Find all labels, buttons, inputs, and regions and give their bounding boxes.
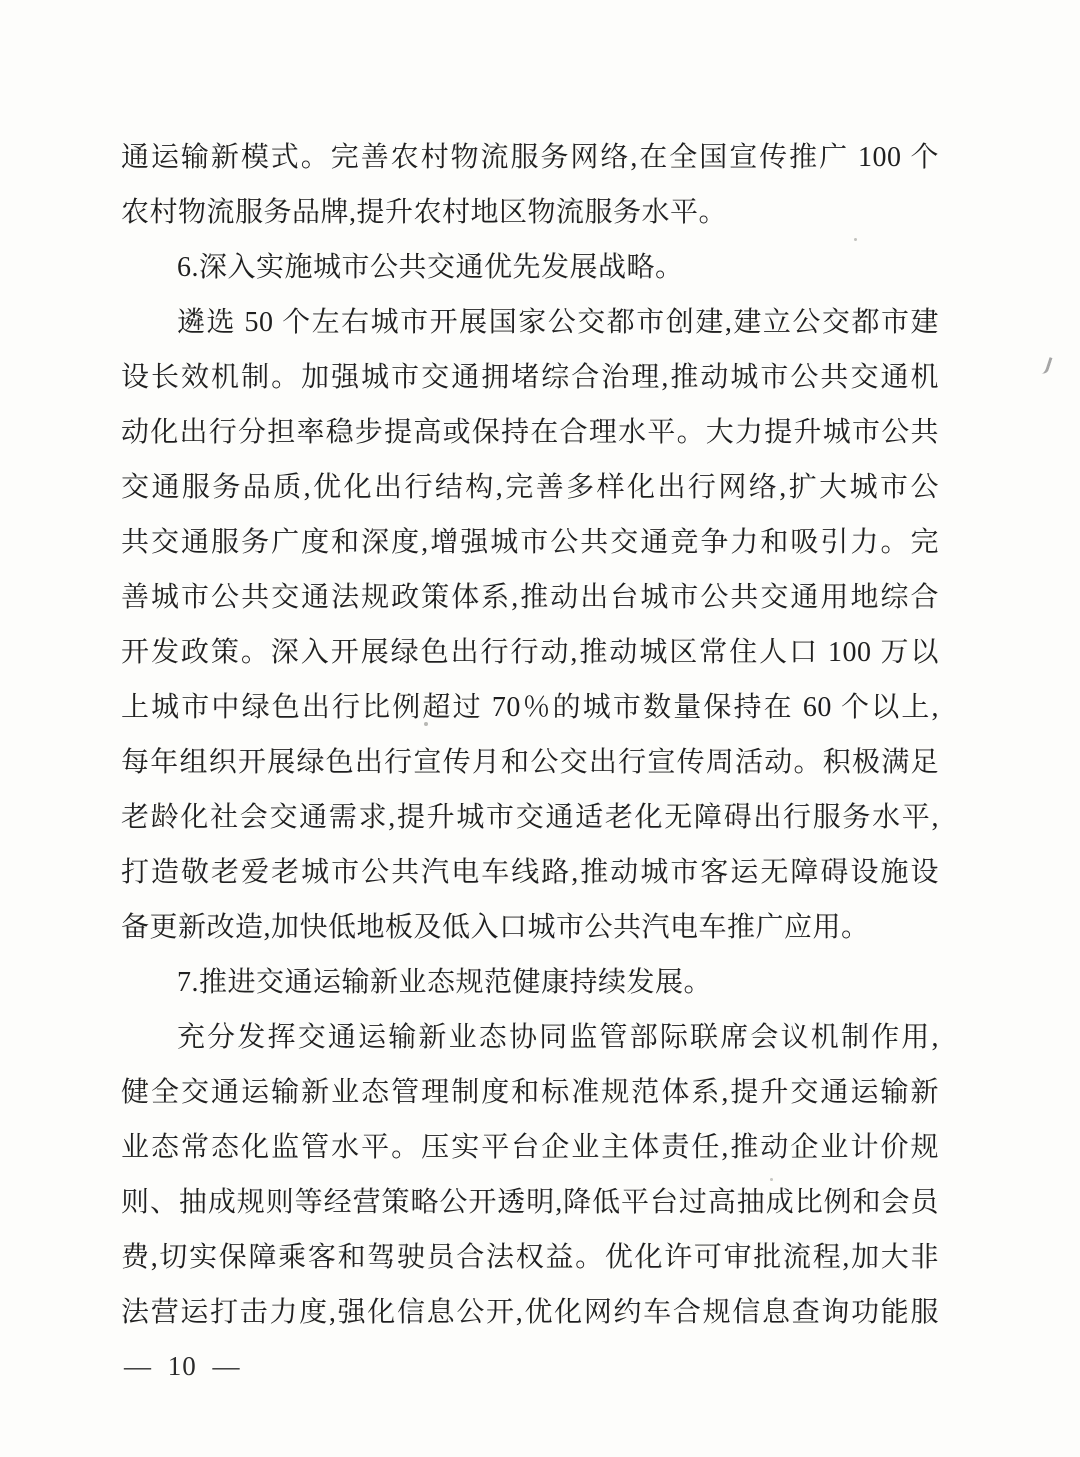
text-line: 农村物流服务品牌,提升农村地区物流服务水平。 xyxy=(121,185,939,240)
text-line: 健全交通运输新业态管理制度和标准规范体系,提升交通运输新 xyxy=(121,1065,939,1120)
scan-artifact xyxy=(1037,355,1052,375)
text-line: 交通服务品质,优化出行结构,完善多样化出行网络,扩大城市公 xyxy=(121,460,939,515)
scan-artifact xyxy=(424,722,428,726)
text-line: 法营运打击力度,强化信息公开,优化网约车合规信息查询功能服 xyxy=(121,1285,939,1340)
scan-artifact xyxy=(770,1178,773,1181)
text-line: 共交通服务广度和深度,增强城市公共交通竞争力和吸引力。完 xyxy=(121,515,939,570)
document-body: 通运输新模式。完善农村物流服务网络,在全国宣传推广 100 个 农村物流服务品牌… xyxy=(121,130,939,1340)
text-line: 打造敬老爱老城市公共汽电车线路,推动城市客运无障碍设施设 xyxy=(121,845,939,900)
text-line: 老龄化社会交通需求,提升城市交通适老化无障碍出行服务水平, xyxy=(121,790,939,845)
text-line: 通运输新模式。完善农村物流服务网络,在全国宣传推广 100 个 xyxy=(121,130,939,185)
text-line: 充分发挥交通运输新业态协同监管部际联席会议机制作用, xyxy=(121,1010,939,1065)
text-line: 业态常态化监管水平。压实平台企业主体责任,推动企业计价规 xyxy=(121,1120,939,1175)
section-heading-item-6: 6.深入实施城市公共交通优先发展战略。 xyxy=(121,240,939,295)
scanned-document-page: 通运输新模式。完善农村物流服务网络,在全国宣传推广 100 个 农村物流服务品牌… xyxy=(0,0,1080,1457)
scan-artifact xyxy=(854,238,857,241)
section-heading-item-7: 7.推进交通运输新业态规范健康持续发展。 xyxy=(121,955,939,1010)
text-line: 每年组织开展绿色出行宣传月和公交出行宣传周活动。积极满足 xyxy=(121,735,939,790)
text-line: 则、抽成规则等经营策略公开透明,降低平台过高抽成比例和会员 xyxy=(121,1175,939,1230)
text-line: 费,切实保障乘客和驾驶员合法权益。优化许可审批流程,加大非 xyxy=(121,1230,939,1285)
page-number: — 10 — xyxy=(124,1346,241,1386)
text-line: 备更新改造,加快低地板及低入口城市公共汽电车推广应用。 xyxy=(121,900,939,955)
text-line: 开发政策。深入开展绿色出行行动,推动城区常住人口 100 万以 xyxy=(121,625,939,680)
text-line: 设长效机制。加强城市交通拥堵综合治理,推动城市公共交通机 xyxy=(121,350,939,405)
text-line: 上城市中绿色出行比例超过 70％的城市数量保持在 60 个以上, xyxy=(121,680,939,735)
text-line: 动化出行分担率稳步提高或保持在合理水平。大力提升城市公共 xyxy=(121,405,939,460)
text-line: 善城市公共交通法规政策体系,推动出台城市公共交通用地综合 xyxy=(121,570,939,625)
text-line: 遴选 50 个左右城市开展国家公交都市创建,建立公交都市建 xyxy=(121,295,939,350)
